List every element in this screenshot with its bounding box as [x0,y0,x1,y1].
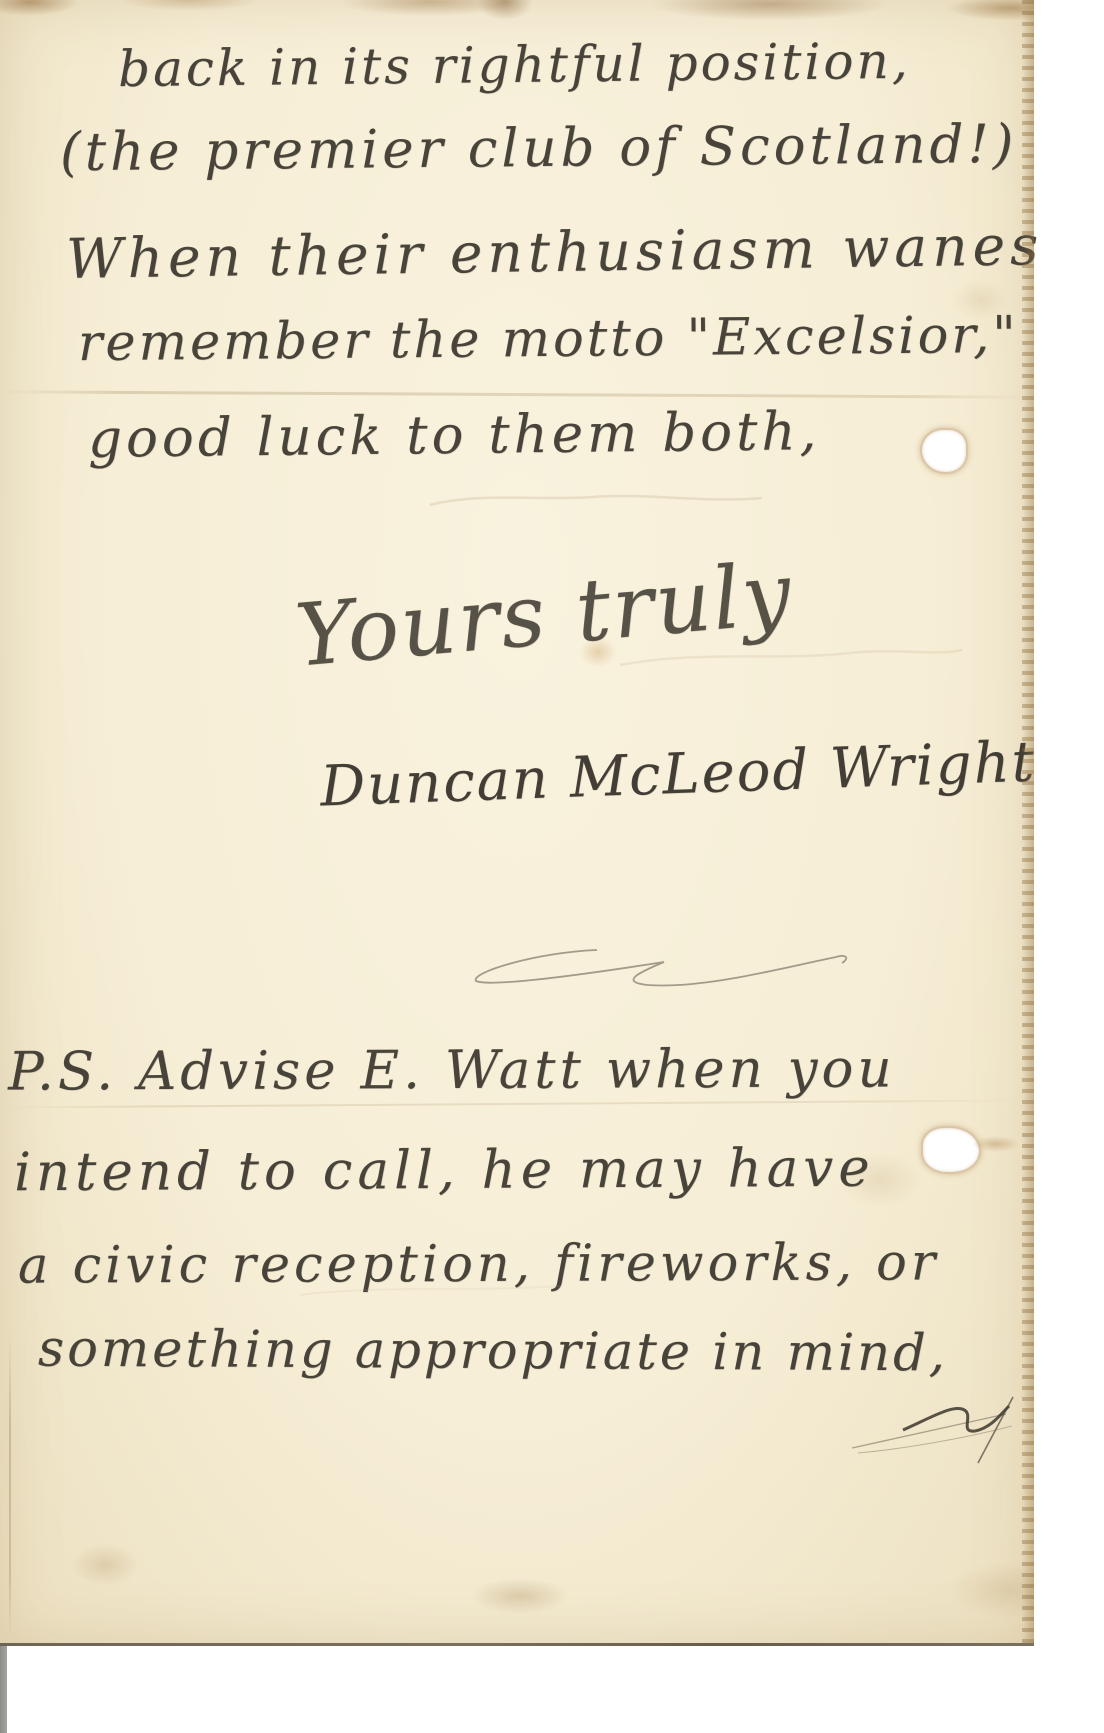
letter-line: When their enthusiasm wanes [66,213,1044,291]
postscript-line: a civic reception, fireworks, or [18,1233,939,1295]
letter-line: back in its rightful position, [118,32,911,98]
letter-line: remember the motto "Excelsior," [78,306,1019,373]
paper-hole [920,428,968,474]
vertical-fold-crease [9,1335,11,1635]
scanner-edge-shadow [0,1646,7,1733]
postscript-line: intend to call, he may have [14,1138,875,1204]
letter-line: (the premier club of Scotland!) [60,114,1018,183]
postscript-line: something appropriate in mind, [38,1320,948,1384]
signature: Duncan McLeod Wright [319,730,1037,820]
torn-right-edge [1022,0,1034,1646]
postscript-line: P.S. Advise E. Watt when you [8,1038,896,1102]
closing-valediction: Yours truly [292,543,797,686]
horizontal-fold-crease [0,390,1030,398]
letter-line: good luck to them both, [88,401,821,470]
scanned-letter-page: back in its rightful position, (the prem… [0,0,1104,1733]
paper-hole [921,1126,981,1174]
paper-bottom-edge [0,1643,1034,1646]
paper-hole-stain [972,1136,1020,1152]
letter-paper: back in its rightful position, (the prem… [0,0,1034,1646]
